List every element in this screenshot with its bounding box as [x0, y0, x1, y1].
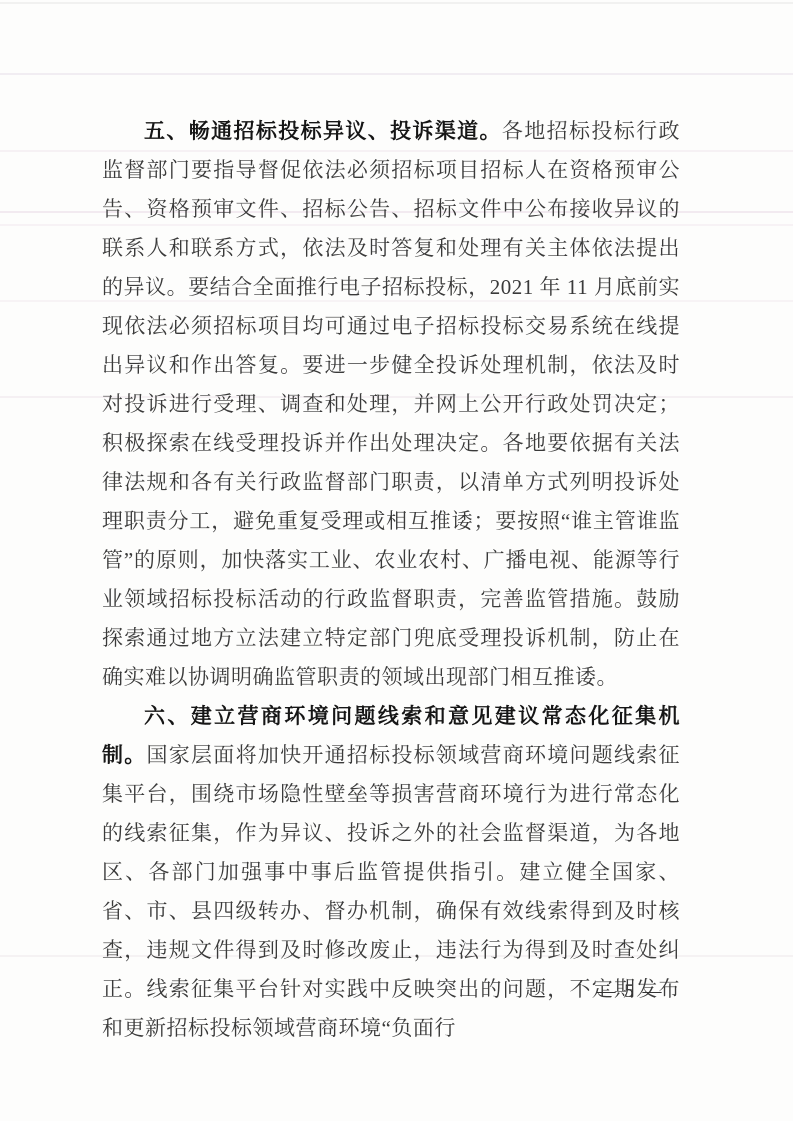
document-text-block: 五、畅通招标投标异议、投诉渠道。各地招标投标行政监督部门要指导督促依法必须招标项…: [102, 112, 680, 1048]
page-number: — 5 —: [585, 981, 675, 1003]
section-5-body: 各地招标投标行政监督部门要指导督促依法必须招标项目招标人在资格预审公告、资格预审…: [102, 119, 680, 689]
scan-line-artifact: [0, 2, 793, 4]
paragraph-section-5: 五、畅通招标投标异议、投诉渠道。各地招标投标行政监督部门要指导督促依法必须招标项…: [102, 112, 680, 697]
section-5-heading: 五、畅通招标投标异议、投诉渠道。: [144, 119, 502, 143]
scan-line-artifact: [0, 73, 793, 75]
document-page: 五、畅通招标投标异议、投诉渠道。各地招标投标行政监督部门要指导督促依法必须招标项…: [0, 0, 793, 1121]
